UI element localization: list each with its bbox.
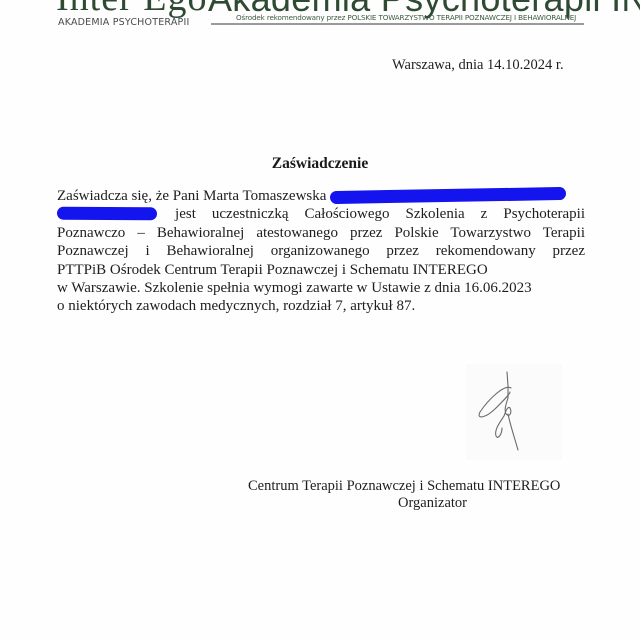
- logo-right-subtitle: Ośrodek rekomendowany przez POLSKIE TOWA…: [236, 13, 576, 22]
- body-line-3: Poznawczo – Behawioralnej atestowanego p…: [57, 224, 585, 242]
- body-line-7: o niektórych zawodach medycznych, rozdzi…: [57, 297, 585, 315]
- body-line-5: PTTPiB Ośrodek Centrum Terapii Poznawcze…: [57, 261, 585, 279]
- certificate-body: Zaświadcza się, że Pani Marta Tomaszewsk…: [57, 187, 585, 316]
- body-line-2: jest uczestniczką Całościowego Szkolenia…: [57, 205, 585, 223]
- body-line-1: Zaświadcza się, że Pani Marta Tomaszewsk…: [57, 187, 585, 205]
- signatory-role: Organizator: [398, 495, 467, 512]
- letterhead-divider: [211, 23, 584, 25]
- logo-left-subtitle: AKADEMIA PSYCHOTERAPII: [58, 17, 189, 28]
- date-line: Warszawa, dnia 14.10.2024 r.: [392, 57, 564, 74]
- body-line-4: Poznawczej i Behawioralnej organizowaneg…: [57, 242, 585, 260]
- signatory-organization: Centrum Terapii Poznawczej i Schematu IN…: [248, 478, 560, 495]
- signature: [466, 364, 562, 460]
- document-title: Zaświadczenie: [0, 155, 640, 173]
- body-line-1-text: Zaświadcza się, że Pani Marta Tomaszewsk…: [57, 188, 326, 204]
- signature-icon: [466, 364, 562, 460]
- body-line-6: w Warszawie. Szkolenie spełnia wymogi za…: [57, 279, 585, 297]
- redaction-mark: [57, 207, 157, 221]
- redaction-mark: [330, 187, 566, 204]
- certificate-page: Inter Ego AKADEMIA PSYCHOTERAPII Akademi…: [0, 0, 640, 640]
- body-line-2-text: jest uczestniczką Całościowego Szkolenia…: [175, 206, 585, 222]
